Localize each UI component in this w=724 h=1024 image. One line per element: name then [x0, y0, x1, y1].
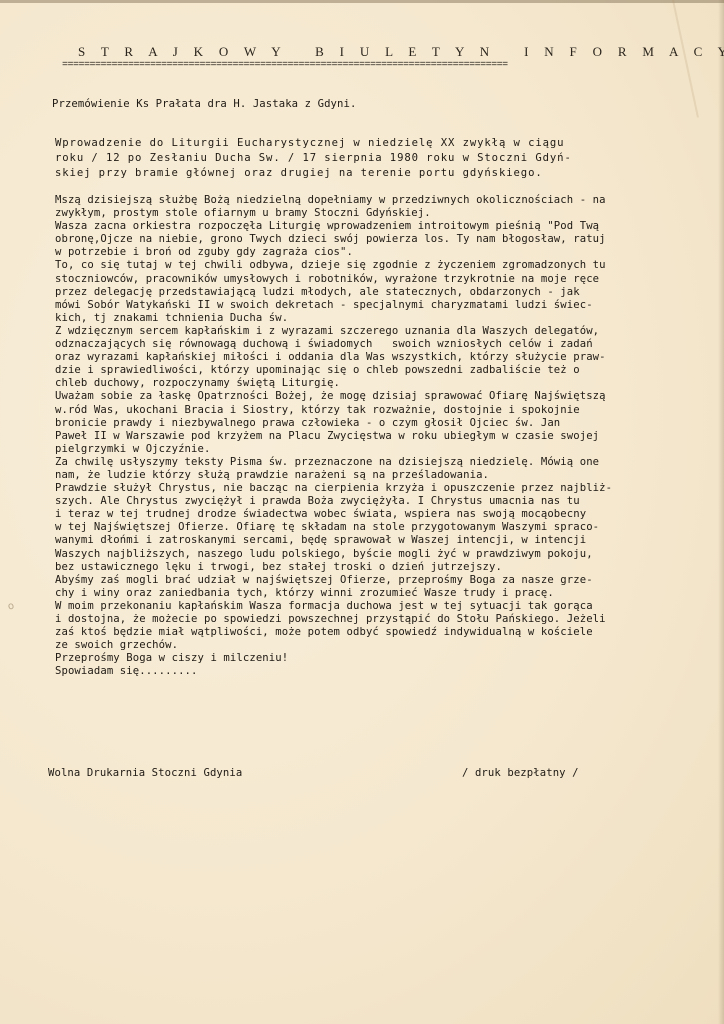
- text-line: zaś ktoś będzie miał wątpliwości, może p…: [55, 626, 612, 639]
- text-line: wanymi dłońmi i zatroskanymi sercami, bę…: [55, 534, 612, 547]
- text-line: chleb duchowy, rozpoczynamy świętą Litur…: [55, 377, 612, 390]
- printer-credit: Wolna Drukarnia Stoczni Gdynia: [48, 767, 242, 780]
- margin-pencil-mark: o: [7, 600, 16, 612]
- text-line: W moim przekonaniu kapłańskim Wasza form…: [55, 600, 612, 613]
- text-line: szych. Ale Chrystus zwyciężył i prawda B…: [55, 495, 612, 508]
- text-line: odznaczających się równowagą duchową i ś…: [55, 338, 612, 351]
- text-line: Przeprośmy Boga w ciszy i milczeniu!: [55, 652, 612, 665]
- text-line: w potrzebie i broń od zguby gdy zagraża …: [55, 246, 612, 259]
- text-line: oraz wyrazami kapłańskiej miłości i odda…: [55, 351, 612, 364]
- intro-paragraph: Wprowadzenie do Liturgii Eucharystycznej…: [55, 136, 572, 182]
- text-line: przez delegację przedstawiającą ludzi mł…: [55, 286, 612, 299]
- text-line: Abyśmy zaś mogli brać udział w najświęts…: [55, 574, 612, 587]
- bulletin-title: S T R A J K O W Y B I U L E T Y N I N F …: [78, 44, 724, 60]
- text-line: dzie i sprawiedliwości, którzy upominają…: [55, 364, 612, 377]
- text-line: Wasza zacna orkiestra rozpoczęła Liturgi…: [55, 220, 612, 233]
- text-line: Mszą dzisiejszą służbę Bożą niedzielną d…: [55, 194, 612, 207]
- text-line: bronicie prawdy i niezbywalnego prawa cz…: [55, 417, 612, 430]
- text-line: pielgrzymki w Ojczyźnie.: [55, 443, 612, 456]
- text-line: obronę,Ojcze na niebie, grono Twych dzie…: [55, 233, 612, 246]
- speech-heading: Przemówienie Ks Prałata dra H. Jastaka z…: [52, 98, 356, 111]
- paper-edge-right: [718, 0, 724, 1024]
- text-line: Za chwilę usłyszymy teksty Pisma św. prz…: [55, 456, 612, 469]
- text-line: Z wdzięcznym sercem kapłańskim i z wyraz…: [55, 325, 612, 338]
- text-line: bez ustawicznego lęku i trwogi, bez stał…: [55, 561, 612, 574]
- text-line: Wprowadzenie do Liturgii Eucharystycznej…: [55, 136, 572, 151]
- text-line: Spowiadam się.........: [55, 665, 612, 678]
- text-line: zwykłym, prostym stole ofiarnym u bramy …: [55, 207, 612, 220]
- text-line: skiej przy bramie głównej oraz drugiej n…: [55, 166, 572, 181]
- text-line: Waszych najbliższych, naszego ludu polsk…: [55, 548, 612, 561]
- speech-body: Mszą dzisiejszą służbę Bożą niedzielną d…: [55, 194, 612, 678]
- text-line: nam, że ludzie którzy służą prawdzie nar…: [55, 469, 612, 482]
- text-line: Paweł II w Warszawie pod krzyżem na Plac…: [55, 430, 612, 443]
- text-line: roku / 12 po Zesłaniu Ducha Sw. / 17 sie…: [55, 151, 572, 166]
- title-underline-rule: ========================================…: [62, 60, 508, 71]
- text-line: Prawdzie służył Chrystus, nie bacząc na …: [55, 482, 612, 495]
- text-line: To, co się tutaj w tej chwili odbywa, dz…: [55, 259, 612, 272]
- text-line: w tej Najświętszej Ofierze. Ofiarę tę sk…: [55, 521, 612, 534]
- free-print-note: / druk bezpłatny /: [462, 767, 579, 780]
- text-line: stoczniowców, pracowników umysłowych i r…: [55, 273, 612, 286]
- document-page: S T R A J K O W Y B I U L E T Y N I N F …: [0, 0, 724, 1024]
- text-line: i dostojna, że możecie po spowiedzi pows…: [55, 613, 612, 626]
- text-line: chy i winy oraz zaniedbania tych, którzy…: [55, 587, 612, 600]
- text-line: Uważam sobie za łaskę Opatrzności Bożej,…: [55, 390, 612, 403]
- text-line: w.ród Was, ukochani Bracia i Siostry, kt…: [55, 404, 612, 417]
- text-line: mówi Sobór Watykański II w swoich dekret…: [55, 299, 612, 312]
- text-line: ze swoich grzechów.: [55, 639, 612, 652]
- text-line: kich, tj znakami tchnienia Ducha św.: [55, 312, 612, 325]
- text-line: i teraz w tej trudnej drodze świadectwa …: [55, 508, 612, 521]
- paper-edge-top: [0, 0, 724, 3]
